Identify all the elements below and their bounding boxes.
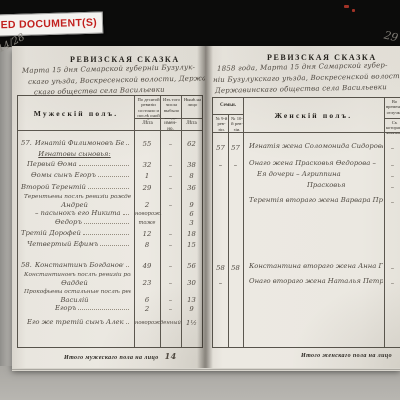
- table-row: Четвертый Ефимъ8–15: [18, 240, 202, 249]
- left-header-line: скаго уѣзда, Воскресенской волости, Держ…: [28, 74, 205, 86]
- female-table-rows: 5757Игнатія жена Соломонида Сидорова –––…: [213, 133, 400, 347]
- right-header-line: Державинскаго общества села Васильевки: [215, 83, 387, 95]
- table-row: Егоръ2–9: [18, 304, 202, 313]
- family-no-9th-revision: № 9-й рев- зіи.: [213, 115, 230, 134]
- table-row: Второй Терентій29–36: [18, 183, 202, 192]
- banner-label: DED DOCUMENT(S): [0, 17, 97, 32]
- table-row: 58.Константинъ Богдановъ Прокофьевъ49–56: [18, 261, 202, 270]
- right-page: РЕВИЗСКАЯ СКАЗКА 1858 года, Марта 15 дня…: [205, 46, 400, 368]
- table-row: Ѳедорътоже3: [18, 218, 202, 227]
- table-row: 5858Константина втораго жена Анна Григор…: [213, 262, 400, 272]
- open-book: РЕВИЗСКАЯ СКАЗКА Марта 15 дня Самарской …: [12, 46, 400, 368]
- female-total-label: Итого женскаго пола на лицо: [301, 353, 392, 359]
- left-header-line: Марта 15 дня Самарской губерніи Бузулук-: [22, 63, 195, 75]
- table-row: Константиновъ послѣ ревизіи рожденный сы…: [18, 271, 202, 287]
- female-total-footer: Итого женскаго пола на лицо: [301, 353, 392, 359]
- male-total-footer: Итого мужескаго пола на лицо14: [64, 351, 177, 361]
- table-row: 57.Игнатій Филимоновъ Безруковъ55–62: [18, 139, 202, 148]
- table-row: Игнатовы сыновья:: [18, 150, 131, 159]
- table-row: Прасковья–: [213, 181, 400, 191]
- table-row: – пасынокъ его Никитановорож.6: [18, 209, 202, 218]
- table-row: ––Онаго жена Прасковья Ѳедорова ––: [213, 159, 400, 169]
- male-column-header: Мужескій полъ.: [18, 96, 134, 130]
- col-departed-header: Изъ того числа выбыло: [161, 96, 182, 120]
- male-total-label: Итого мужескаго пола на лицо: [64, 355, 159, 361]
- family-column-header: Семьи.: [213, 98, 243, 114]
- scanned-revision-list-photo: DED DOCUMENT(S) 14/28 29 РЕВИЗСКАЯ СКАЗК…: [0, 0, 400, 400]
- table-row: Прокофьевы остальные послѣ ревизіи сынов…: [18, 288, 202, 304]
- red-mark: [352, 9, 355, 12]
- cut-column-header: Во временной отлучкѣ: [385, 98, 400, 120]
- right-header-line: 1858 года, Марта 15 дня Самарской губер-: [217, 61, 388, 73]
- cut-column-sub: Съ котораго времени: [385, 119, 400, 134]
- table-row: Третій Дорофей12–18: [18, 229, 202, 238]
- col-prev-revision-header: По десятой ревизіи состояло и послѣ оной…: [135, 96, 162, 120]
- table-row: –Онаго втораго жена Наталья Петрова ––: [213, 277, 400, 287]
- right-header-line: ніи Бузулукскаго уѣзда, Воскресенской во…: [213, 72, 400, 84]
- table-row: 5757Игнатія жена Соломонида Сидорова ––: [213, 142, 400, 152]
- male-total-value: 14: [165, 351, 177, 361]
- right-page-title: РЕВИЗСКАЯ СКАЗКА: [267, 53, 377, 62]
- red-mark: [344, 5, 349, 8]
- col-prev-revision-sub: Лѣта: [135, 118, 160, 130]
- female-table: Семьи. № 9-й рев- зіи. № 10-й рев- зіи. …: [212, 97, 400, 348]
- male-table: Мужескій полъ. По десятой ревизіи состоя…: [17, 95, 203, 348]
- table-row: Первый Ѳома32–38: [18, 160, 202, 169]
- table-row: Терентія втораго жена Варвара Прокофьева…: [213, 196, 400, 206]
- book-binding: [197, 46, 213, 368]
- col-departed-sub: Когда имен- но.: [161, 118, 180, 130]
- added-documents-banner: DED DOCUMENT(S): [0, 11, 103, 36]
- table-row: Ея дочери – Агриппина–: [213, 170, 400, 180]
- table-row: Ѳомы сынъ Егоръ1–8: [18, 171, 202, 180]
- table-row: Его же третій сынъ Алексѣйноворожденный1…: [18, 318, 202, 327]
- left-page-title: РЕВИЗСКАЯ СКАЗКА: [70, 55, 180, 64]
- female-column-header: Женскій полъ.: [243, 98, 384, 132]
- table-row: Терентьевы послѣ ревизіи рожденные сынов…: [18, 193, 202, 209]
- male-table-rows: 57.Игнатій Филимоновъ Безруковъ55–62Игна…: [18, 131, 202, 347]
- left-page: РЕВИЗСКАЯ СКАЗКА Марта 15 дня Самарской …: [12, 46, 205, 368]
